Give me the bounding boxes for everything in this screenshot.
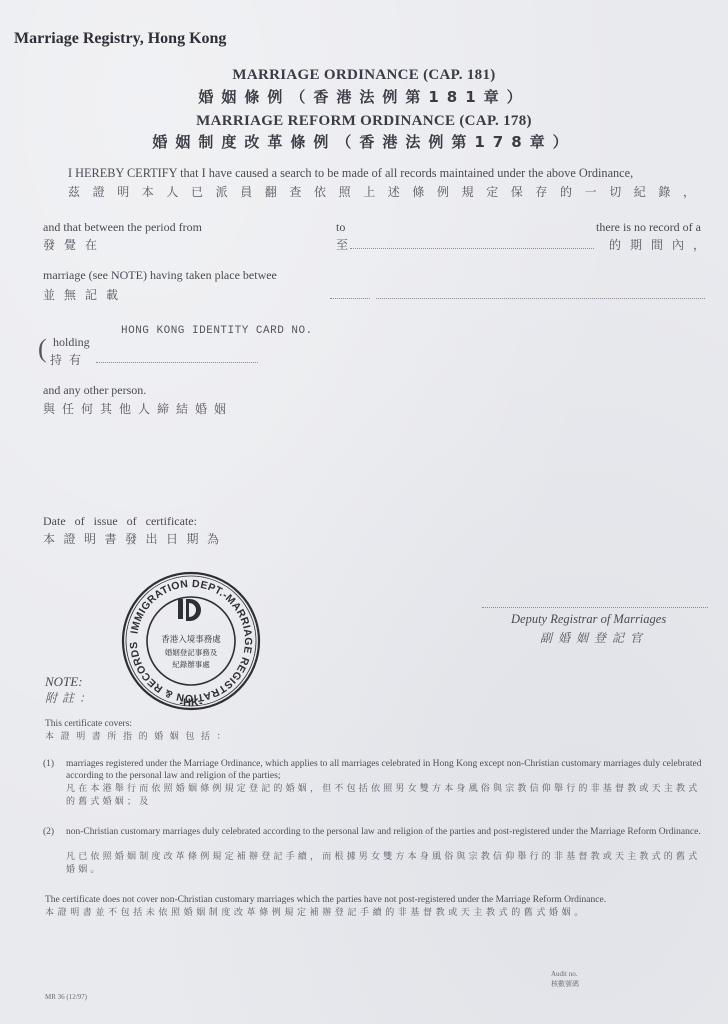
reform-ordinance-title-en: MARRIAGE REFORM ORDINANCE (CAP. 178) xyxy=(0,113,728,130)
open-parenthesis: ( xyxy=(38,336,47,362)
certify-statement-en: I HEREBY CERTIFY that I have caused a se… xyxy=(68,166,633,181)
deputy-registrar-title-en: Deputy Registrar of Marriages xyxy=(511,612,666,627)
note-label-zh: 附註： xyxy=(45,689,96,706)
note-item-1-number: (1) xyxy=(43,758,54,770)
marriage-label-zh: 並無記載 xyxy=(43,286,127,303)
period-from-label-zh: 發覺在 xyxy=(43,236,106,253)
official-stamp: IMMIGRATION DEPT.-MARRIAGE REGISTRATION … xyxy=(120,570,262,712)
note-item-1-zh: 凡在本港舉行而依照婚姻條例規定登記的婚姻，但不包括依照男女雙方本身風俗與宗教信仰… xyxy=(66,783,712,809)
issue-date-label-en: Date of issue of certificate: xyxy=(43,514,197,529)
svg-text:-HK-: -HK- xyxy=(179,697,203,709)
reform-ordinance-title-zh: 婚姻制度改革條例（香港法例第178章） xyxy=(0,131,728,152)
deputy-registrar-title-zh: 副婚姻登記官 xyxy=(540,629,648,646)
registry-header: Marriage Registry, Hong Kong xyxy=(14,30,226,48)
holding-label-zh: 持有 xyxy=(50,351,88,368)
note-item-1-en: marriages registered under the Marriage … xyxy=(66,758,712,782)
audit-number-label-en: Audit no. xyxy=(551,970,577,978)
id-card-label: HONG KONG IDENTITY CARD NO. xyxy=(121,325,313,337)
marriage-label-en: marriage (see NOTE) having taken place b… xyxy=(43,268,277,283)
marriage-party-field[interactable] xyxy=(376,298,705,299)
svg-text:婚姻登記事務及: 婚姻登記事務及 xyxy=(165,647,218,657)
covers-label-en: This certificate covers: xyxy=(45,718,132,730)
covers-label-zh: 本證明書所指的婚姻包括： xyxy=(45,731,232,744)
holding-label-en: holding xyxy=(53,335,90,350)
exclusion-zh: 本證明書並不包括未依照婚姻制度改革條例規定補辦登記手續的非基督教或天主教式的舊式… xyxy=(45,907,587,920)
note-item-2-en: non-Christian customary marriages duly c… xyxy=(66,826,712,838)
ordinance-title-zh: 婚姻條例（香港法例第181章） xyxy=(0,86,728,107)
no-record-label-zh: 的期間內， xyxy=(609,236,714,253)
ordinance-title-en: MARRIAGE ORDINANCE (CAP. 181) xyxy=(0,67,728,84)
marriage-party-field-prefix[interactable] xyxy=(330,298,370,299)
issue-date-label-zh: 本證明書發出日期為 xyxy=(43,530,228,547)
no-record-label-en: there is no record of a xyxy=(596,220,701,235)
signature-line[interactable] xyxy=(482,607,708,608)
svg-text:香港入境事務處: 香港入境事務處 xyxy=(161,634,221,645)
period-to-label-zh: 至 xyxy=(336,236,354,253)
period-from-label-en: and that between the period from xyxy=(43,220,202,235)
note-item-2-number: (2) xyxy=(43,826,54,838)
svg-text:紀錄辦事處: 紀錄辦事處 xyxy=(172,659,210,669)
note-label-en: NOTE: xyxy=(45,674,83,690)
note-item-2-zh: 凡已依照婚姻制度改革條例規定補辦登記手續，而根據男女雙方本身風俗與宗教信仰舉行的… xyxy=(66,851,712,877)
period-to-label-en: to xyxy=(336,220,345,235)
stamp-seal-icon: IMMIGRATION DEPT.-MARRIAGE REGISTRATION … xyxy=(120,570,262,712)
form-code: MR 36 (12/97) xyxy=(45,993,87,1001)
audit-number-label-zh: 核數號碼 xyxy=(551,979,579,989)
id-card-number-field[interactable] xyxy=(96,362,258,363)
certify-statement-zh: 茲證明本人已派員翻查依照上述條例規定保存的一切紀錄， xyxy=(68,183,708,200)
exclusion-en: The certificate does not cover non-Chris… xyxy=(45,894,606,906)
other-person-label-en: and any other person. xyxy=(43,383,146,398)
period-to-field[interactable] xyxy=(350,248,594,249)
other-person-label-zh: 與任何其他人締結婚姻 xyxy=(43,400,233,417)
